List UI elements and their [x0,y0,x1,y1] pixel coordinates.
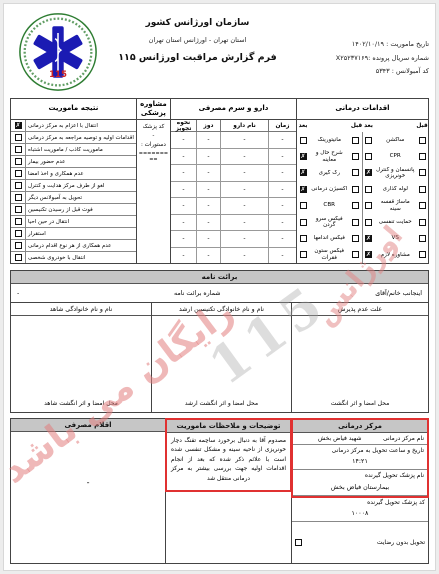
treatments-subheader: قبل بعد قبل بعد [297,120,428,132]
person-label: اینجانب خانم/آقای [375,290,422,297]
medication-cell: - [196,248,220,264]
treatment-row: مشاوره لازمفیکس ستون فقرات [297,247,428,263]
med-col-dose: دوز [196,120,220,132]
org-subtitle: استان تهران - اورژانس استان تهران [106,36,289,44]
mission-result-column: نتیجه ماموریت انتقال با اعزام به مرکز در… [11,99,136,263]
treatment-before-checkbox[interactable] [419,202,426,209]
mc-row-label: نام پزشک تحویل گیرنده [293,470,427,480]
treatment-label: فیکس سرو گردن [309,216,350,229]
treatments-title: اقدامات درمانی [297,99,428,120]
medication-cell: - [268,149,296,165]
medication-row: ---- [171,149,296,166]
org-title: سازمان اورژانس کشور [106,18,289,28]
treatment-label: CBR [309,202,350,208]
medication-cell: - [268,215,296,231]
result-row: انتقال در حین احیا [11,216,136,228]
medication-cell: - [268,132,296,148]
header-meta: تاریخ ماموریت : ۱۴۰۲/۱۰/۱۹ شماره سریال پ… [289,12,429,79]
medication-row: ---- [171,248,296,264]
consumables-column: اقلام مصرفی - [11,419,165,563]
emergency-report-form-page: 115 اورژانس رایگان می باشد تاریخ ماموریت… [3,3,436,571]
medication-cell: - [268,248,296,264]
consult-title: مشاوره پزشکی [137,99,170,120]
bottom-section: مرکز درمانی نام مرکز درمانیشهید فیاض بخش… [10,418,429,564]
no-consent-checkbox[interactable] [295,539,302,546]
consult-column: مشاوره پزشکی کد پزشک - دستورات : =======… [136,99,170,263]
med-col-time: زمان [268,120,296,132]
mc-row-value: ۱۴:۲۱ [293,455,427,469]
disclaimer-number-label: شماره برائت نامه [174,290,221,297]
result-item-label: اقدامات اولیه و توصیه مراجعه به مرکز درم… [25,132,136,143]
medications-title: دارو و سرم مصرفی [171,99,296,120]
result-checkbox[interactable] [15,206,22,213]
medication-cell: - [268,165,296,181]
doctor-code-value: - [137,133,170,139]
treatment-after-checkbox[interactable] [300,219,307,226]
medical-center-column: مرکز درمانی نام مرکز درمانیشهید فیاض بخش… [291,419,428,563]
medical-center-row: تاریخ و ساعت تحویل به مرکز درمانی۱۴:۲۱ [293,445,427,470]
medications-column: دارو و سرم مصرفی زمان نام دارو دوز نحوه … [170,99,296,263]
med-col-route: نحوه تجویز [171,120,196,132]
disclaimer-person-row: اینجانب خانم/آقای شماره برائت نامه - [11,284,428,303]
medication-cell: - [196,149,220,165]
rejection-reason-header: علت عدم پذیرش [292,303,428,316]
medication-row: ---- [171,198,296,215]
treatment-label: رگ گیری [309,170,350,176]
medical-center-row: نام پزشک تحویل گیرندهبیمارستان فیاض بخش [293,470,427,495]
medication-cell: - [268,231,296,247]
mission-result-title: نتیجه ماموریت [11,99,136,120]
treatment-label: اکسیژن درمانی [309,186,350,192]
mc-row-value: شهید فیاض بخش [296,435,362,442]
medication-cell: - [220,198,268,214]
result-checkbox[interactable] [15,242,22,249]
treatment-after-checkbox[interactable] [365,251,372,258]
treatment-before-checkbox[interactable] [419,251,426,258]
logo-115-number: 115 [49,70,67,80]
treatment-before-checkbox[interactable] [352,235,359,242]
result-row: عدم همکاری از هر نوع اقدام درمانی [11,240,136,252]
result-row: انتقال با اعزام به مرکز درمانی [11,120,136,132]
treatment-label: مشاوره لازم [375,252,417,258]
treatment-row: VSفیکس اندامها [297,230,428,246]
treatment-row: پانسمان و کنترل خونریزیرگ گیری [297,165,428,181]
result-checkbox[interactable] [15,158,22,165]
result-checkbox[interactable] [15,254,22,261]
treatment-before-checkbox[interactable] [419,137,426,144]
senior-technician-column: نام و نام خانوادگی تکنیسین ارشد محل امضا… [151,303,291,412]
medication-row: ---- [171,132,296,149]
medication-cell: - [220,132,268,148]
medication-cell: - [171,132,196,148]
treatment-after-checkbox[interactable] [300,186,307,193]
treatment-label: مانیتورینگ [309,137,350,143]
treatment-after-checkbox[interactable] [365,169,372,176]
treatment-after-checkbox[interactable] [300,137,307,144]
form-title: فرم گزارش مراقبت اورژانس ۱۱۵ [106,52,289,63]
medication-cell: - [196,215,220,231]
treatment-after-checkbox[interactable] [365,137,372,144]
notes-column: توضیحات و ملاحظات ماموریت مصدوم آقا به د… [165,419,291,563]
mc-row-label: کد پزشک تحویل گیرنده [292,497,428,507]
treatment-after-checkbox[interactable] [300,202,307,209]
result-item-label: فوت قبل از رسیدن تکنیسین [25,204,136,215]
disclaimer-section: برائت نامه اینجانب خانم/آقای شماره برائت… [10,270,429,413]
result-item-label: انتقال با اعزام به مرکز درمانی [25,120,136,131]
treatment-row: ماساژ قفسه سینهCBR [297,198,428,214]
col-after-label: بعد [363,123,375,129]
result-row: عدم همکاری و اخذ امضا [11,168,136,180]
treatment-row: CPRشرح حال و معاینه [297,148,428,164]
mc-row-label: نام مرکز درمانی [383,435,424,442]
treatment-before-checkbox[interactable] [419,169,426,176]
medication-cell: - [220,231,268,247]
result-row: انتقال با خودروی شخصی [11,252,136,263]
result-checkbox[interactable] [15,230,22,237]
result-checkbox[interactable] [15,194,22,201]
consent-row: تحویل بدون رضایت [292,522,428,563]
treatment-after-checkbox[interactable] [300,153,307,160]
signature-area-patient: محل امضا و اثر انگشت [292,316,428,412]
result-row: عدم حضور بیمار [11,156,136,168]
medical-center-highlight-box: مرکز درمانی نام مرکز درمانیشهید فیاض بخش… [291,418,429,498]
treatment-label: لوله گذاری [375,186,417,192]
notes-text: مصدوم آقا به دنبال برخورد ساچمه تفنگ دچا… [167,433,290,490]
col-before-label: قبل [351,123,363,129]
rejection-reason-column: علت عدم پذیرش محل امضا و اثر انگشت [291,303,428,412]
treatment-before-checkbox[interactable] [352,153,359,160]
file-serial: شماره سریال پرونده :X۲۵۲۳۷۱۶۹ [289,52,429,66]
ambulance-code: کد آمبولانس : ۵۳۴۳ [289,65,429,79]
medication-cell: - [196,132,220,148]
treatment-label: ماساژ قفسه سینه [375,199,417,212]
result-item-label: عدم همکاری و اخذ امضا [25,168,136,179]
medication-cell: - [220,215,268,231]
result-row: فوت قبل از رسیدن تکنیسین [11,204,136,216]
treatment-after-checkbox[interactable] [365,186,372,193]
treatment-row: حمایت تنفسیفیکس سرو گردن [297,214,428,230]
treatment-before-checkbox[interactable] [352,137,359,144]
treatment-before-checkbox[interactable] [352,169,359,176]
treatment-before-checkbox[interactable] [419,186,426,193]
treatment-after-checkbox[interactable] [365,202,372,209]
treatment-label: حمایت تنفسی [375,219,417,225]
header-titles: سازمان اورژانس کشور استان تهران - اورژان… [106,12,289,63]
result-checkbox[interactable] [15,218,22,225]
medication-cell: - [171,215,196,231]
treatment-row: لوله گذاریاکسیژن درمانی [297,181,428,197]
treatment-before-checkbox[interactable] [352,202,359,209]
result-checkbox[interactable] [15,170,22,177]
senior-technician-header: نام و نام خانوادگی تکنیسین ارشد [152,303,291,316]
disclaimer-number-value: - [17,290,19,297]
treatments-column: اقدامات درمانی قبل بعد قبل بعد ساکشنمانی… [296,99,428,263]
treatment-after-checkbox[interactable] [365,219,372,226]
med-col-drug-name: نام دارو [220,120,268,132]
treatment-label: شرح حال و معاینه [309,150,350,163]
emergency-115-logo: 115 [18,12,98,92]
medication-cell: - [268,198,296,214]
medication-cell: - [220,165,268,181]
mc-row-value: ۱۰۰۰۸ [292,507,428,521]
signature-area-senior: محل امضا و اثر انگشت ارشد [152,316,291,412]
medical-center-row: نام مرکز درمانیشهید فیاض بخش [293,433,427,445]
medication-row: ---- [171,182,296,199]
result-row: اقدامات اولیه و توصیه مراجعه به مرکز درم… [11,132,136,144]
result-checkbox[interactable] [15,134,22,141]
result-item-label: لغو از طرف مرکز هدایت و کنترل [25,180,136,191]
medication-cell: - [171,165,196,181]
col-before-label: قبل [416,123,428,129]
treatment-row: ساکشنمانیتورینگ [297,132,428,148]
treatment-before-checkbox[interactable] [419,153,426,160]
treatment-after-checkbox[interactable] [300,251,307,258]
treatment-label: پانسمان و کنترل خونریزی [375,167,417,180]
result-item-label: ماموریت کاذب / ماموریت اشتباه [25,144,136,155]
medications-subheader: زمان نام دارو دوز نحوه تجویز [171,120,296,132]
col-after-label: بعد [297,123,309,129]
consumables-value: - [11,432,165,563]
result-item-label: عدم همکاری از هر نوع اقدام درمانی [25,240,136,251]
result-row: تحویل به آمبولانس دیگر [11,192,136,204]
medication-row: ---- [171,165,296,182]
treatment-before-checkbox[interactable] [419,235,426,242]
witness-column: نام و نام خانوادگی شاهد محل امضا و اثر ا… [11,303,151,412]
medication-cell: - [171,182,196,198]
treatment-before-checkbox[interactable] [352,219,359,226]
medication-cell: - [171,231,196,247]
mc-row-label: تاریخ و ساعت تحویل به مرکز درمانی [293,445,427,455]
medication-cell: - [220,248,268,264]
result-checkbox[interactable] [15,122,22,129]
treatment-before-checkbox[interactable] [419,219,426,226]
consent-label: تحویل بدون رضایت [377,539,425,546]
mission-date: تاریخ ماموریت : ۱۴۰۲/۱۰/۱۹ [289,38,429,52]
treatment-before-checkbox[interactable] [352,251,359,258]
medication-cell: - [196,182,220,198]
notes-title: توضیحات و ملاحظات ماموریت [167,420,290,433]
medication-cell: - [196,231,220,247]
witness-header: نام و نام خانوادگی شاهد [11,303,151,316]
treatment-after-checkbox[interactable] [300,235,307,242]
treatment-label: VS [375,235,417,241]
result-row: لغو از طرف مرکز هدایت و کنترل [11,180,136,192]
consumables-title: اقلام مصرفی [11,419,165,432]
result-row: استقرار [11,228,136,240]
medication-cell: - [171,198,196,214]
result-item-label: استقرار [25,228,136,239]
treatment-label: CPR [375,153,417,159]
treatment-label: فیکس اندامها [309,235,350,241]
treatment-label: فیکس ستون فقرات [309,248,350,261]
medication-cell: - [196,198,220,214]
treatment-after-checkbox[interactable] [300,169,307,176]
main-table: اقدامات درمانی قبل بعد قبل بعد ساکشنمانی… [10,98,429,264]
result-item-label: انتقال با خودروی شخصی [25,252,136,263]
medication-cell: - [220,149,268,165]
mc-row-value: بیمارستان فیاض بخش [293,481,427,495]
medication-cell: - [196,165,220,181]
doctor-code-label: کد پزشک [137,124,170,130]
result-checkbox[interactable] [15,146,22,153]
medication-cell: - [171,248,196,264]
form-header: تاریخ ماموریت : ۱۴۰۲/۱۰/۱۹ شماره سریال پ… [4,4,435,98]
result-item-label: عدم حضور بیمار [25,156,136,167]
medication-row: ---- [171,215,296,232]
disclaimer-title: برائت نامه [11,271,428,284]
treatment-after-checkbox[interactable] [365,235,372,242]
treatment-before-checkbox[interactable] [352,186,359,193]
signature-area-witness: محل امضا و اثر انگشت شاهد [11,316,151,412]
treatment-after-checkbox[interactable] [365,153,372,160]
medication-cell: - [268,182,296,198]
treatment-label: ساکشن [375,137,417,143]
medical-center-title: مرکز درمانی [293,420,427,433]
result-row: ماموریت کاذب / ماموریت اشتباه [11,144,136,156]
medication-row: ---- [171,231,296,248]
result-item-label: انتقال در حین احیا [25,216,136,227]
orders-value: ========= [137,151,170,163]
orders-label: دستورات : [137,142,170,148]
result-checkbox[interactable] [15,182,22,189]
notes-highlight-box: توضیحات و ملاحظات ماموریت مصدوم آقا به د… [165,418,292,492]
medication-cell: - [220,182,268,198]
result-item-label: تحویل به آمبولانس دیگر [25,192,136,203]
medication-cell: - [171,149,196,165]
medical-center-row: کد پزشک تحویل گیرنده۱۰۰۰۸ [292,497,428,522]
